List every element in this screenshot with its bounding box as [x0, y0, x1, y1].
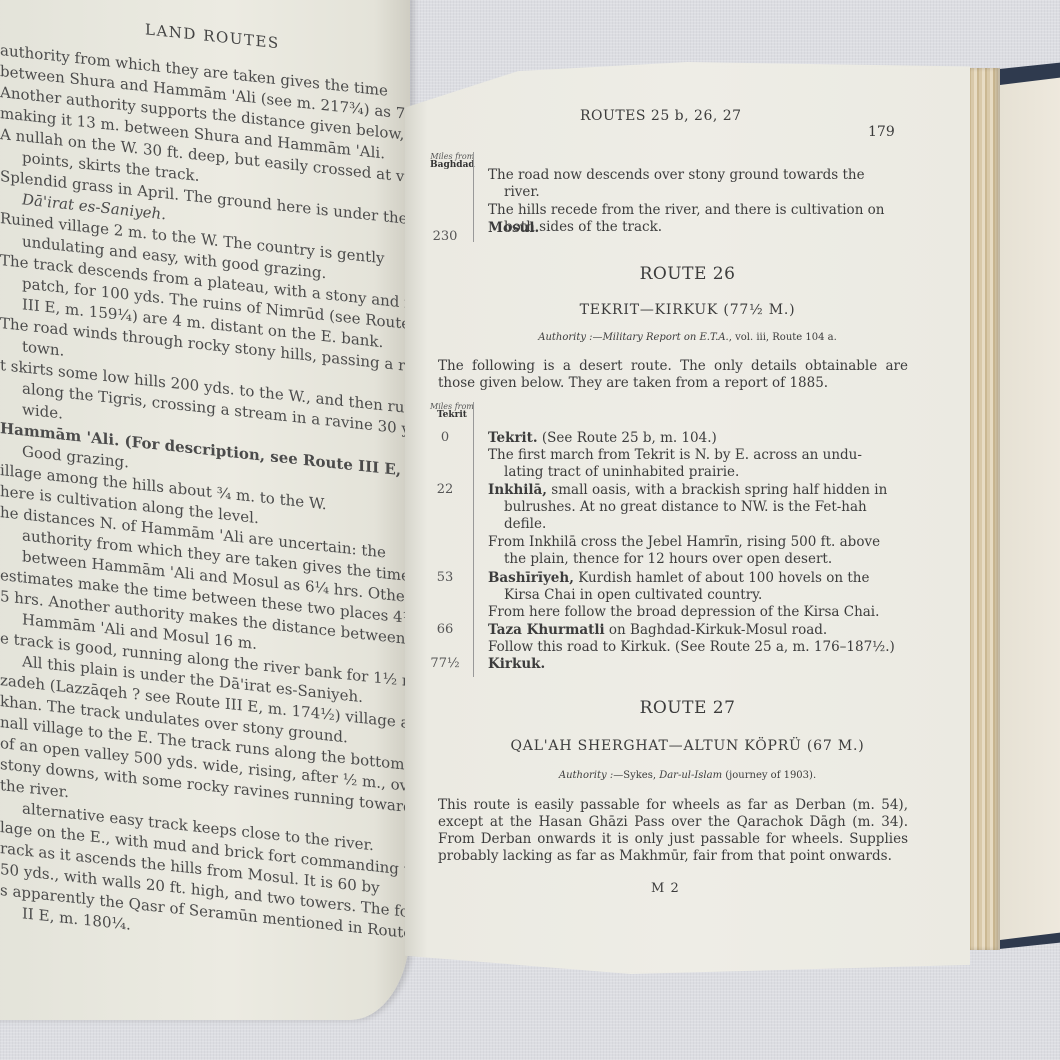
route-27-intro: This route is easily passable for wheels…: [438, 797, 908, 865]
entry-text: The road now descends over stony ground …: [488, 167, 865, 183]
entry-text: Follow this road to Kirkuk. (See Route 2…: [488, 639, 895, 655]
left-running-head: LAND ROUTES: [145, 20, 280, 52]
authority-label: Authority :—: [538, 332, 602, 343]
entry-text: small oasis, with a brackish spring half…: [547, 482, 887, 498]
authority-detail: , vol. iii, Route 104 a.: [729, 332, 837, 343]
authority-detail: (journey of 1903).: [722, 770, 816, 781]
right-running-head: ROUTES 25 b, 26, 27: [580, 108, 742, 124]
route-27-subtitle: QAL'AH SHERGHAT—ALTUN KÖPRÜ (67 M.): [405, 738, 970, 754]
entry-continuation: Kirsa Chai in open cultivated country.: [488, 587, 898, 604]
entry-text: Kurdish hamlet of about 100 hovels on th…: [574, 570, 870, 586]
itinerary-entry: Follow this road to Kirkuk. (See Route 2…: [488, 639, 898, 656]
entry-continuation: lating tract of uninhabited prairie.: [488, 464, 898, 481]
itinerary-entry: From Inkhilā cross the Jebel Hamrīn, ris…: [488, 534, 898, 568]
itinerary-entry: Tekrit. (See Route 25 b, m. 104.): [488, 430, 898, 447]
place-name: Inkhilā,: [488, 482, 547, 498]
authority-label: Authority :—: [559, 770, 623, 781]
route-26-authority: Authority :—Military Report on E.T.A., v…: [405, 332, 970, 343]
route-26-title: ROUTE 26: [405, 264, 970, 284]
route-27-title: ROUTE 27: [405, 698, 970, 718]
left-page: LAND ROUTES authority from which they ar…: [0, 0, 410, 1020]
itinerary-entry: Bashīrīyeh, Kurdish hamlet of about 100 …: [488, 570, 898, 604]
miles-from-label: Miles from Baghdad: [430, 152, 475, 170]
page-number: 179: [868, 124, 895, 140]
endpaper: [1000, 76, 1060, 940]
place-name: Bashīrīyeh,: [488, 570, 574, 586]
entry-continuation: river.: [488, 184, 898, 201]
itinerary-entry: The first march from Tekrit is N. by E. …: [488, 447, 898, 481]
margin-label-bottom: Baghdad: [430, 161, 475, 170]
signature-mark: M 2: [651, 881, 680, 896]
miles-from-label: Miles from Tekrit: [430, 402, 474, 420]
entry-continuation: bulrushes. At no great distance to NW. i…: [488, 499, 898, 533]
route-27-authority: Authority :—Sykes, Dar-ul-Islam (journey…: [405, 770, 970, 781]
itinerary-entry: Taza Khurmatli on Baghdad-Kirkuk-Mosul r…: [488, 622, 898, 639]
entry-text: (See Route 25 b, m. 104.): [538, 430, 717, 446]
route-26-subtitle: TEKRIT—KIRKUK (77½ M.): [405, 302, 970, 318]
itinerary-entry: The road now descends over stony ground …: [488, 167, 898, 201]
margin-rule: [473, 402, 474, 677]
entry-text: From Inkhilā cross the Jebel Hamrīn, ris…: [488, 534, 880, 550]
place-name: Tekrit.: [488, 430, 538, 446]
authority-author: Sykes,: [623, 770, 659, 781]
mileage: 230: [430, 229, 460, 244]
route-26-intro: The following is a desert route. The onl…: [438, 358, 908, 392]
mileage: 22: [430, 482, 460, 497]
left-page-text: authority from which they are taken give…: [0, 40, 405, 965]
place-name: Taza Khurmatli: [488, 622, 605, 638]
entry-text: on Baghdad-Kirkuk-Mosul road.: [605, 622, 828, 638]
authority-source: Dar-ul-Islam: [659, 770, 722, 781]
itinerary-entry: Inkhilā, small oasis, with a brackish sp…: [488, 482, 898, 533]
margin-rule: [473, 152, 474, 242]
mileage: 0: [430, 430, 460, 445]
itinerary-entry: From here follow the broad depression of…: [488, 604, 898, 621]
entry-text: The first march from Tekrit is N. by E. …: [488, 447, 862, 463]
mileage: 53: [430, 570, 460, 585]
mileage: 66: [430, 622, 460, 637]
entry-text: From here follow the broad depression of…: [488, 604, 879, 620]
margin-label-bottom: Tekrit: [430, 411, 474, 420]
entry-continuation: the plain, thence for 12 hours over open…: [488, 551, 898, 568]
place-name: Kirkuk.: [488, 656, 545, 672]
itinerary-entry: Kirkuk.: [488, 656, 898, 673]
authority-source: Military Report on E.T.A.: [603, 332, 729, 343]
entry-text: The hills recede from the river, and the…: [488, 202, 885, 218]
right-page: ROUTES 25 b, 26, 27 179 Miles from Baghd…: [405, 62, 970, 974]
mileage: 77½: [430, 656, 460, 671]
itinerary-place: Mosul.: [488, 220, 898, 237]
